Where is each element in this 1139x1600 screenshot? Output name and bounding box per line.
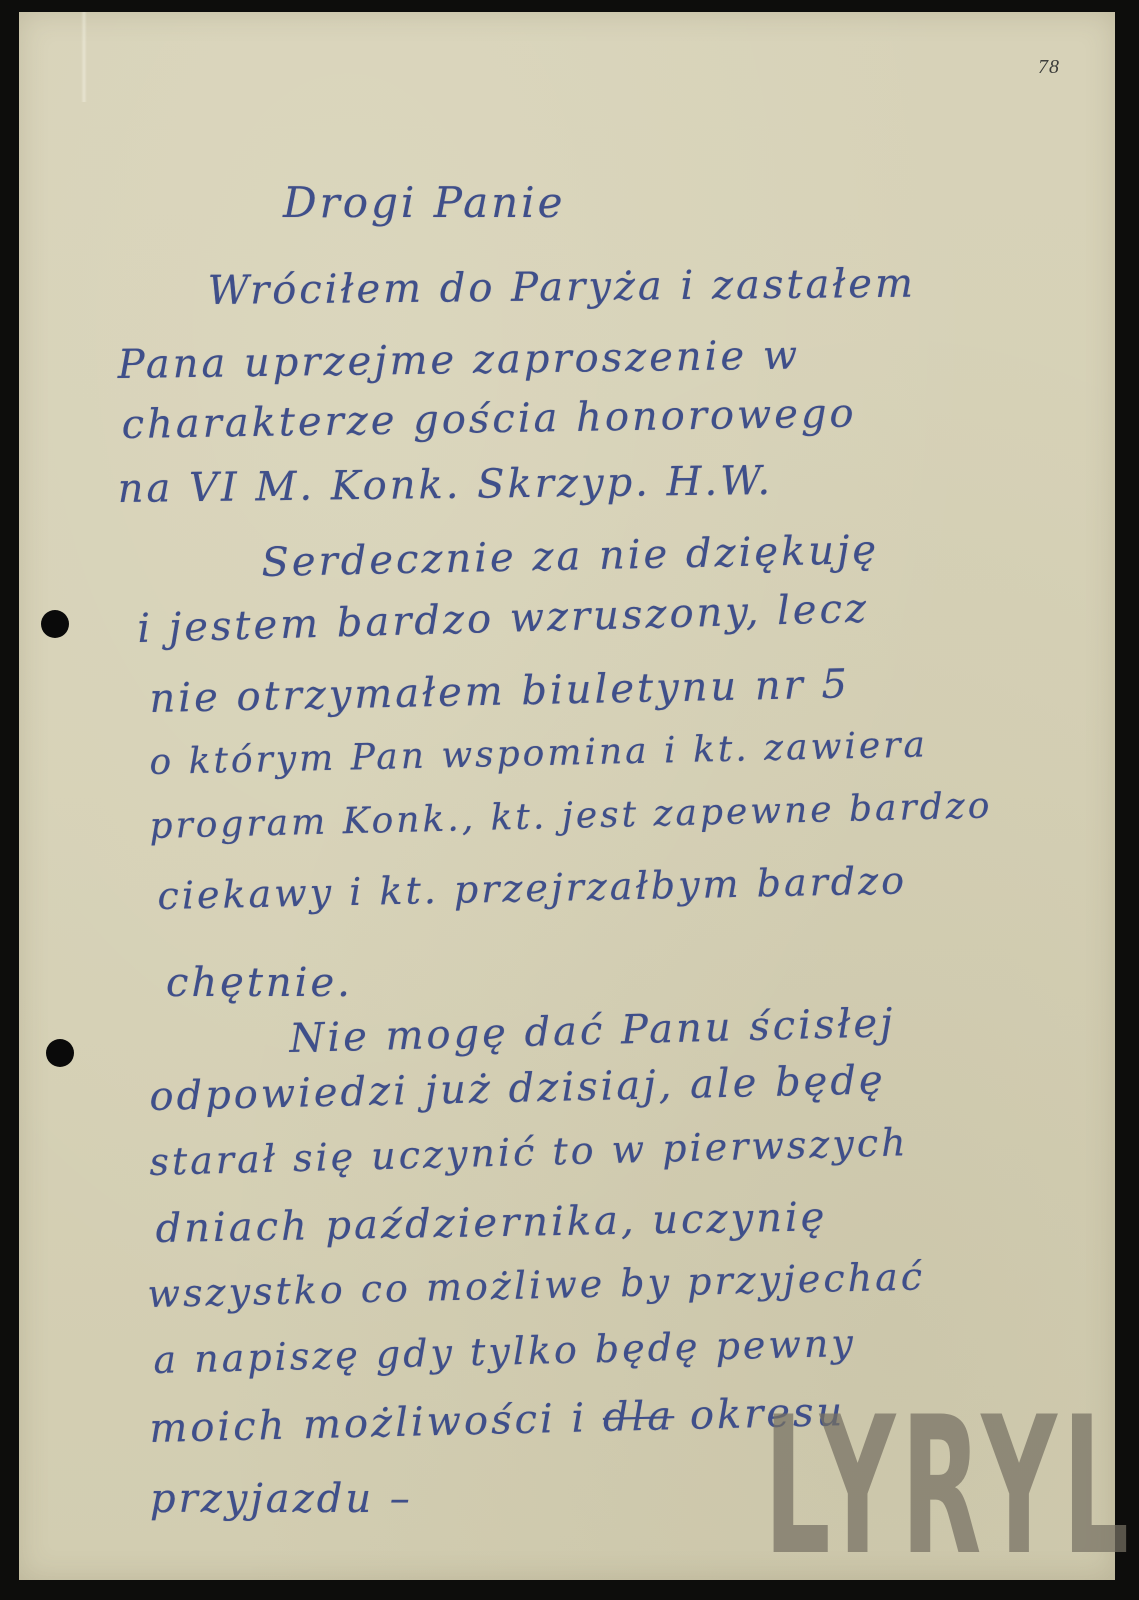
- letter-line-9: program Konk., kt. jest zapewne bardzo: [149, 785, 993, 847]
- letter-line-12: Nie mogę dać Panu ścisłej: [289, 1000, 896, 1062]
- scan-background: 78 Drogi Panie Wróciłem do Paryża i zast…: [0, 0, 1139, 1600]
- letter-line-10: ciekawy i kt. przejrzałbym bardzo: [157, 858, 907, 918]
- letter-line-3: charakterze gościa honorowego: [121, 390, 857, 448]
- letter-line-6: i jestem bardzo wzruszony, lecz: [137, 586, 870, 652]
- letter-line-18: moich możliwości i dla okresu: [149, 1389, 846, 1452]
- letter-line-19: przyjazdu –: [150, 1476, 413, 1522]
- letter-line-1: Wróciłem do Paryża i zastałem: [208, 261, 917, 314]
- letter-line-15: dniach października, uczynię: [155, 1194, 828, 1252]
- letter-line-13: odpowiedzi już dzisiaj, ale będę: [149, 1057, 886, 1120]
- letter-line-14: starał się uczynić to w pierwszych: [149, 1120, 909, 1184]
- letter-body: Drogi Panie Wróciłem do Paryża i zastałe…: [0, 0, 1139, 1600]
- letter-line-17: a napiszę gdy tylko będę pewny: [153, 1321, 856, 1382]
- letter-line-4: na VI M. Konk. Skrzyp. H.W.: [117, 458, 773, 512]
- salutation: Drogi Panie: [283, 178, 565, 227]
- letter-line-7: nie otrzymałem biuletynu nr 5: [149, 661, 850, 722]
- letter-line-18-text: moich możliwości i: [149, 1395, 588, 1452]
- struck-out-word: dla: [602, 1393, 674, 1441]
- letter-line-8: o którym Pan wspomina i kt. zawiera: [149, 724, 928, 783]
- letter-line-16: wszystko co możliwe by przyjechać: [147, 1254, 925, 1316]
- letter-line-18-continuation: okresu: [689, 1389, 845, 1439]
- letter-line-5: Serdecznie za nie dziękuję: [261, 527, 880, 586]
- letter-line-2: Pana uprzejme zaproszenie w: [117, 332, 800, 388]
- letter-line-11: chętnie.: [166, 960, 353, 1006]
